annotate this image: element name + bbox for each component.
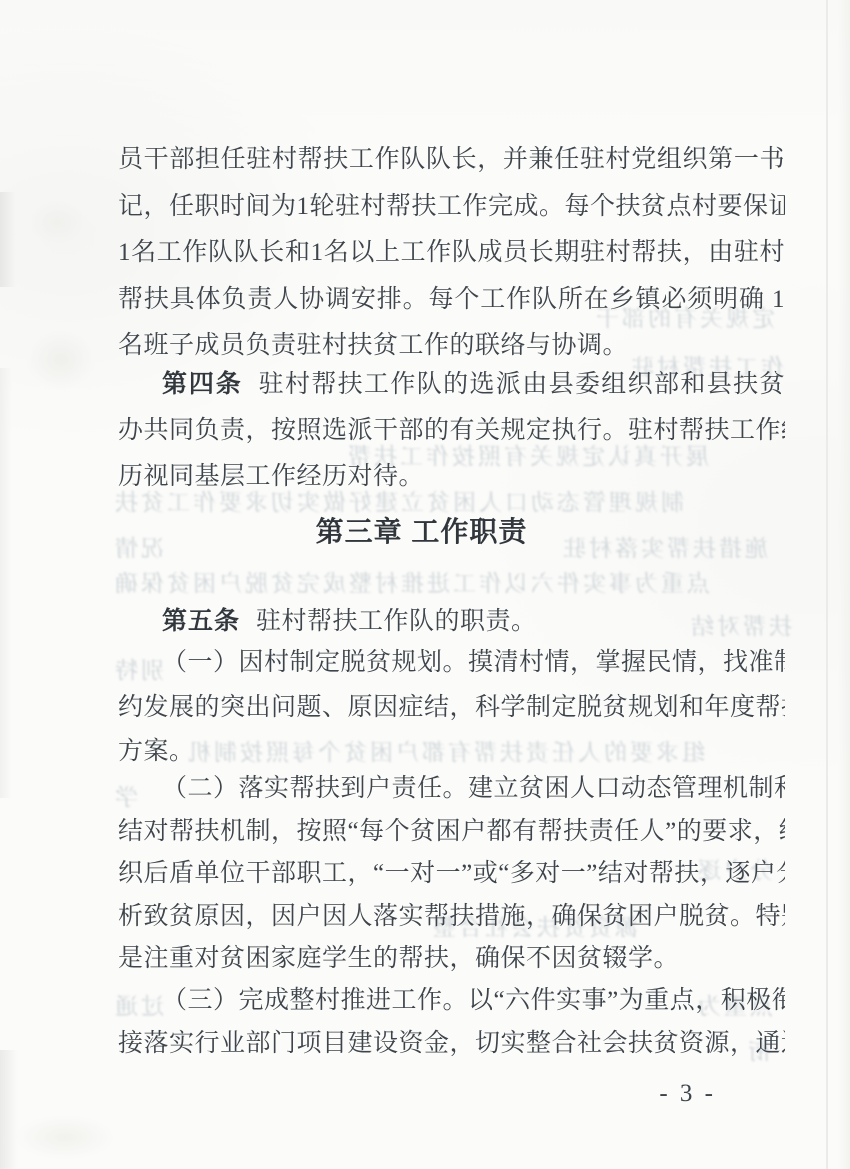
scan-smudge: [15, 1115, 115, 1160]
text-line: （一）因村制定脱贫规划。摸清村情，掌握民情，找准制: [118, 641, 785, 686]
text-line: 历视同基层工作经历对待。: [118, 454, 785, 501]
text-line: 1名工作队队长和1名以上工作队成员长期驻村帮扶，由驻村: [118, 230, 785, 277]
paragraph-continuation: 员干部担任驻村帮扶工作队队长，并兼任驻村党组织第一书 记，任职时间为1轮驻村帮扶…: [118, 137, 785, 370]
scanned-document-page: 定规关有的部干 作工扶帮村驻 展开真认定规关有照按作工扶帮 制规理管态动口人困贫…: [0, 0, 850, 1169]
text-line: 结对帮扶机制，按照“每个贫困户都有帮扶责任人”的要求，组: [118, 811, 785, 854]
page-number: - 3 -: [0, 1080, 716, 1108]
text-line: （二）落实帮扶到户责任。建立贫困人口动态管理机制和: [118, 768, 785, 811]
text-line: 办共同负责，按照选派干部的有关规定执行。驻村帮扶工作经: [118, 408, 785, 455]
bleedthrough-text: 点重为事实件六以作工进推村整成完贫脱户困贫保确: [112, 565, 710, 598]
text-line: 第四条驻村帮扶工作队的选派由县委组织部和县扶贫: [118, 361, 785, 408]
article-number-label: 第五条: [162, 607, 240, 635]
text-line: 帮扶具体负责人协调安排。每个工作队所在乡镇必须明确 1: [118, 277, 785, 324]
scan-edge-shadow: [838, 0, 850, 1169]
paragraph-item-2: （二）落实帮扶到户责任。建立贫困人口动态管理机制和 结对帮扶机制，按照“每个贫困…: [118, 768, 785, 981]
scan-fold-line: [826, 0, 828, 1169]
text-line: 第五条驻村帮扶工作队的职责。: [118, 598, 785, 645]
article-text: 驻村帮扶工作队的职责。: [256, 608, 537, 635]
scan-smudge: [30, 200, 85, 245]
paragraph-item-3: （三）完成整村推进工作。以“六件实事”为重点，积极衔 接落实行业部门项目建设资金…: [118, 980, 785, 1065]
text-line: （三）完成整村推进工作。以“六件实事”为重点，积极衔: [118, 980, 785, 1023]
paragraph-article-5: 第五条驻村帮扶工作队的职责。: [118, 598, 785, 645]
scan-smudge: [0, 192, 16, 287]
article-text: 驻村帮扶工作队的选派由县委组织部和县扶贫: [259, 371, 785, 398]
scan-smudge: [0, 368, 12, 798]
paragraph-article-4: 第四条驻村帮扶工作队的选派由县委组织部和县扶贫 办共同负责，按照选派干部的有关规…: [118, 361, 785, 501]
text-line: 记，任职时间为1轮驻村帮扶工作完成。每个扶贫点村要保证: [118, 184, 785, 231]
text-line: 员干部担任驻村帮扶工作队队长，并兼任驻村党组织第一书: [118, 137, 785, 184]
article-number-label: 第四条: [162, 370, 243, 398]
text-line: 接落实行业部门项目建设资金，切实整合社会扶贫资源，通过: [118, 1023, 785, 1066]
scan-smudge: [26, 330, 96, 390]
text-line: 析致贫原因，因户因人落实帮扶措施，确保贫困户脱贫。特别: [118, 896, 785, 939]
text-line: 约发展的突出问题、原因症结，科学制定脱贫规划和年度帮扶: [118, 686, 785, 731]
text-line: 织后盾单位干部职工，“一对一”或“多对一”结对帮扶，逐户分: [118, 853, 785, 896]
text-line: 是注重对贫困家庭学生的帮扶，确保不因贫辍学。: [118, 938, 785, 981]
chapter-heading: 第三章 工作职责: [88, 512, 755, 552]
paragraph-item-1: （一）因村制定脱贫规划。摸清村情，掌握民情，找准制 约发展的突出问题、原因症结，…: [118, 641, 785, 775]
scan-smudge: [0, 1050, 18, 1169]
